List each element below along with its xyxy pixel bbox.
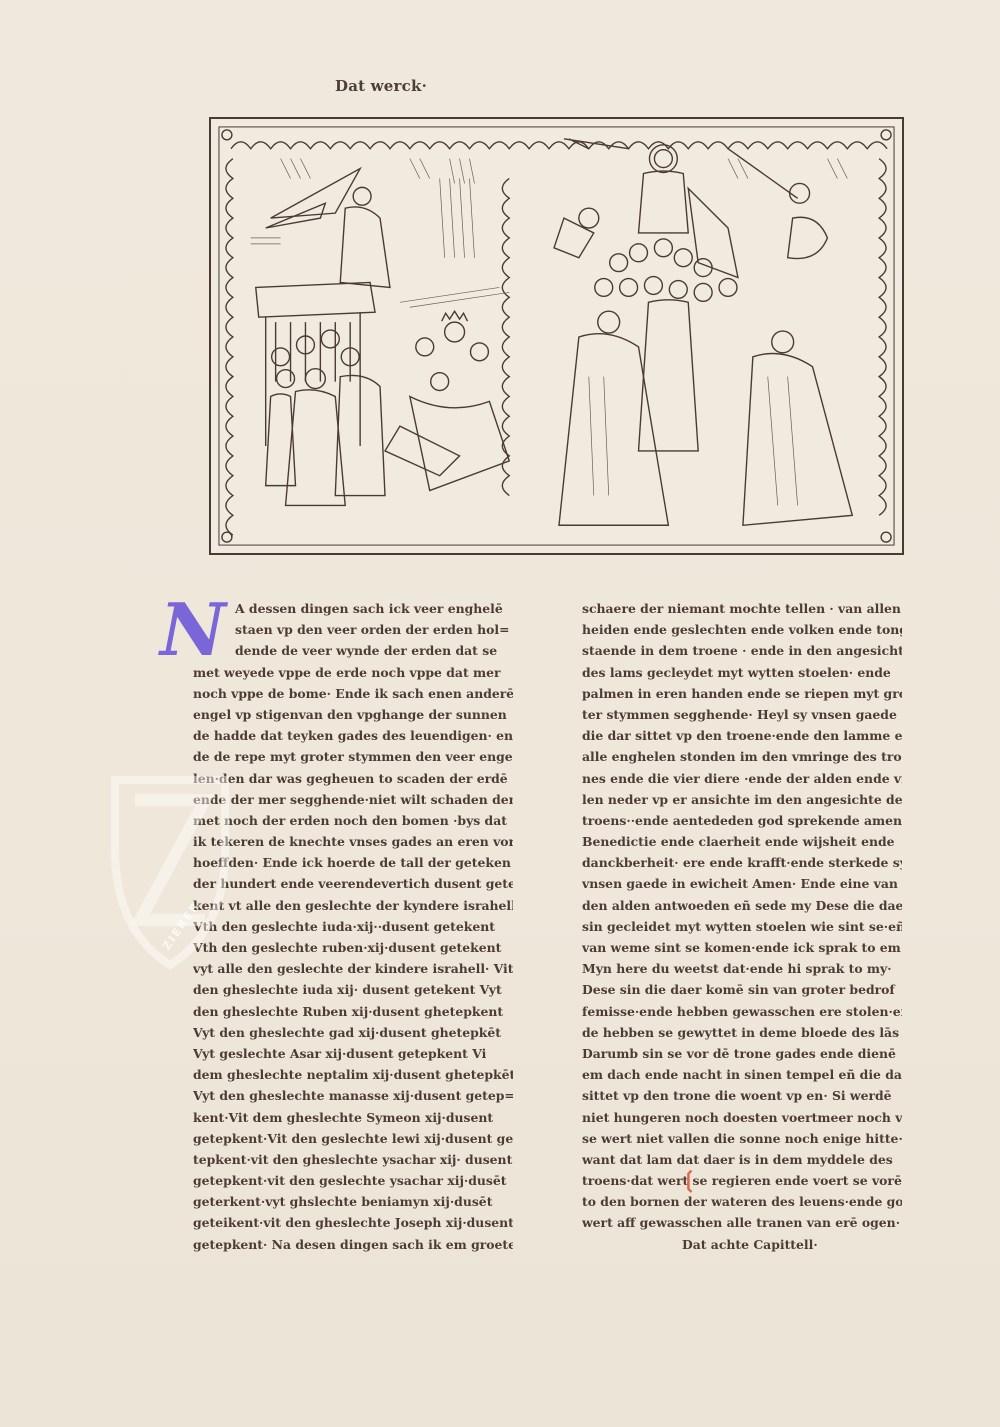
text-line: kent·Vit dem gheslechte Symeon xij·dusen… [193, 1107, 513, 1128]
text-line: femisse·ende hebben gewasschen ere stole… [582, 1001, 902, 1022]
text-line: den gheslechte iuda xij· dusent getekent… [193, 979, 513, 1000]
text-line: niet hungeren noch doesten voertmeer noc… [582, 1107, 902, 1128]
text-line: to den bornen der wateren des leuens·end… [582, 1191, 902, 1212]
text-line: troens·dat wert se regieren ende voert s… [582, 1170, 902, 1191]
text-line: van weme sint se komen·ende ick sprak to… [582, 937, 902, 958]
text-line: schaere der niemant mochte tellen · van … [582, 598, 902, 619]
text-line: se wert niet vallen die sonne noch enige… [582, 1128, 902, 1149]
text-line: danckberheit· ere ende krafft·ende sterk… [582, 852, 902, 873]
text-line: sin gecleidet myt wytten stoelen wie sin… [582, 916, 902, 937]
text-line: de hadde dat teyken gades des leuendigen… [193, 725, 513, 746]
text-line: troens··ende aentededen god sprekende am… [582, 810, 902, 831]
text-line: Vyt den gheslechte manasse xij·dusent ge… [193, 1085, 513, 1106]
text-line: geterkent·vyt ghslechte beniamyn xij·dus… [193, 1191, 513, 1212]
text-line: getepkent·vit den geslechte ysachar xij·… [193, 1170, 513, 1191]
woodcut-drawing [211, 119, 902, 553]
text-line: dende de veer wynde der erden dat se [193, 640, 513, 661]
text-line: wert aff gewasschen alle tranen van erē … [582, 1212, 902, 1233]
text-line: len neder vp er ansichte im den angesich… [582, 789, 902, 810]
text-line: Benedictie ende claerheit ende wijsheit … [582, 831, 902, 852]
text-column-right: schaere der niemant mochte tellen · van … [582, 598, 902, 1255]
text-line: Myn here du weetst dat·ende hi sprak to … [582, 958, 902, 979]
text-line: geteikent·vit den gheslechte Joseph xij·… [193, 1212, 513, 1233]
text-line: staen vp den veer orden der erden hol= [193, 619, 513, 640]
text-line: met weyede vppe de erde noch vppe dat me… [193, 662, 513, 683]
text-line: dem gheslechte neptalim xij·dusent ghete… [193, 1064, 513, 1085]
text-line: getepkent· Na desen dingen sach ik em gr… [193, 1234, 513, 1255]
text-line: de de repe myt groter stymmen den veer e… [193, 746, 513, 767]
text-line: em dach ende nacht in sinen tempel eñ di… [582, 1064, 902, 1085]
text-line: noch vppe de bome· Ende ik sach enen and… [193, 683, 513, 704]
text-line: de hebben se gewyttet in deme bloede des… [582, 1022, 902, 1043]
text-line: ter stymmen segghende· Heyl sy vnsen gae… [582, 704, 902, 725]
rubric-paragraph-mark-icon: ❲ [680, 1170, 698, 1190]
text-line: A dessen dingen sach ick veer enghelē [193, 598, 513, 619]
text-line: alle enghelen stonden im den vmringe des… [582, 746, 902, 767]
text-line: Dese sin die daer komē sin van groter be… [582, 979, 902, 1000]
text-line: engel vp stigenvan den vpghange der sunn… [193, 704, 513, 725]
text-line: want dat lam dat daer is in dem myddele … [582, 1149, 902, 1170]
text-line: Vyt geslechte Asar xij·dusent getepkent … [193, 1043, 513, 1064]
text-line: Vyt den gheslechte gad xij·dusent ghetep… [193, 1022, 513, 1043]
running-head: Dat werck· [335, 77, 427, 95]
text-line: vnsen gaede in ewicheit Amen· Ende eine … [582, 873, 902, 894]
text-line: die dar sittet vp den troene·ende den la… [582, 725, 902, 746]
text-line: des lams gecleydet myt wytten stoelen· e… [582, 662, 902, 683]
text-line: den alden antwoeden eñ sede my Dese die … [582, 895, 902, 916]
text-line: Darumb sin se vor dē trone gades ende di… [582, 1043, 902, 1064]
text-line: getepkent·Vit den geslechte lewi xij·dus… [193, 1128, 513, 1149]
text-line: sittet vp den trone die woent vp en· Si … [582, 1085, 902, 1106]
book-page: Dat werck· [0, 0, 1000, 1427]
text-line: staende in dem troene · ende in den ange… [582, 640, 902, 661]
text-line: tepkent·vit den gheslechte ysachar xij· … [193, 1149, 513, 1170]
text-line: den gheslechte Ruben xij·dusent ghetepke… [193, 1001, 513, 1022]
text-line: nes ende die vier diere ·ende der alden … [582, 768, 902, 789]
woodcut-illustration [209, 117, 904, 555]
chapter-heading: Dat achte Capittell· [582, 1234, 902, 1255]
text-line: palmen in eren handen ende se riepen myt… [582, 683, 902, 704]
text-line: heiden ende geslechten ende volken ende … [582, 619, 902, 640]
